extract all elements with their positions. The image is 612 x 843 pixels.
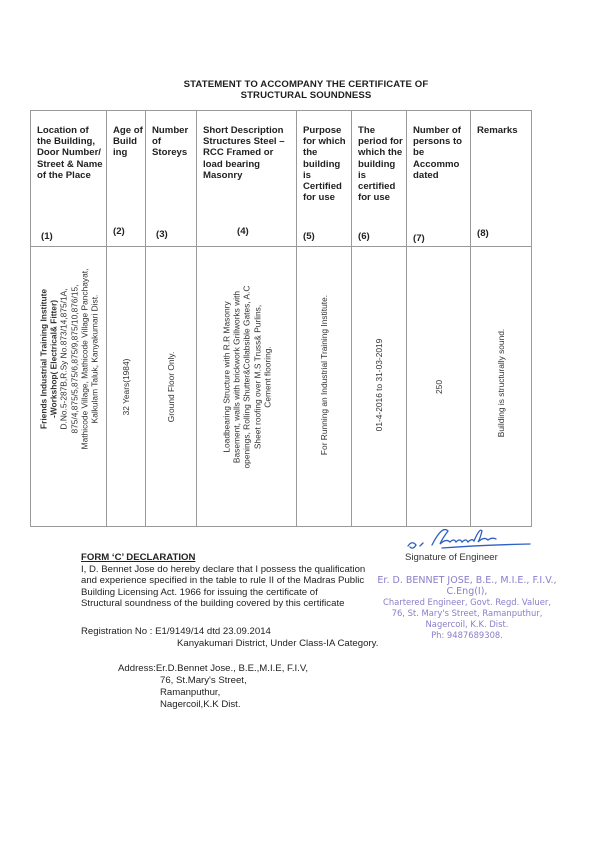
header-persons: Number of persons to be Accommo dated(7) bbox=[407, 111, 471, 247]
table-header-row: Location of the Building, Door Number/ S… bbox=[31, 111, 532, 247]
engineer-stamp: Er. D. BENNET JOSE, B.E., M.I.E., F.I.V.… bbox=[372, 575, 562, 641]
header-purpose: Purpose for which the building is Certif… bbox=[297, 111, 352, 247]
header-period: The period for which the building is cer… bbox=[352, 111, 407, 247]
cell-location: Friends Industrial Training Institute -W… bbox=[31, 247, 107, 527]
cell-period: 01-4-2016 to 31-03-2019 bbox=[352, 247, 407, 527]
cell-storeys: Ground Floor Only. bbox=[146, 247, 197, 527]
document-title: STATEMENT TO ACCOMPANY THE CERTIFICATE O… bbox=[0, 79, 612, 101]
cell-description: Loadbearing Structure with R.R Masonry B… bbox=[197, 247, 297, 527]
cell-remarks: Building is structurally sound. bbox=[471, 247, 532, 527]
header-storeys: Number of Storeys(3) bbox=[146, 111, 197, 247]
engineer-address: Address:Er.D.Bennet Jose., B.E.,M.I.E, F… bbox=[118, 663, 308, 711]
signature-label: Signature of Engineer bbox=[405, 552, 498, 563]
form-c-declaration: FORM ‘C’ DECLARATION I, D. Bennet Jose d… bbox=[81, 552, 365, 610]
table-row: Friends Industrial Training Institute -W… bbox=[31, 247, 532, 527]
header-location: Location of the Building, Door Number/ S… bbox=[31, 111, 107, 247]
cell-persons: 250 bbox=[407, 247, 471, 527]
declaration-heading: FORM ‘C’ DECLARATION bbox=[81, 552, 365, 564]
header-description: Short Description Structures Steel – RCC… bbox=[197, 111, 297, 247]
cell-purpose: For Running an Industrial Training Insti… bbox=[297, 247, 352, 527]
header-age: Age of Build ing(2) bbox=[107, 111, 146, 247]
header-remarks: Remarks(8) bbox=[471, 111, 532, 247]
cell-age: 32 Years(1984) bbox=[107, 247, 146, 527]
title-line-2: STRUCTURAL SOUNDNESS bbox=[0, 90, 612, 101]
statement-table: Location of the Building, Door Number/ S… bbox=[30, 110, 532, 527]
engineer-signature bbox=[402, 526, 532, 554]
title-line-1: STATEMENT TO ACCOMPANY THE CERTIFICATE O… bbox=[0, 79, 612, 90]
registration-info: Registration No : E1/9149/14 dtd 23.09.2… bbox=[81, 626, 378, 650]
